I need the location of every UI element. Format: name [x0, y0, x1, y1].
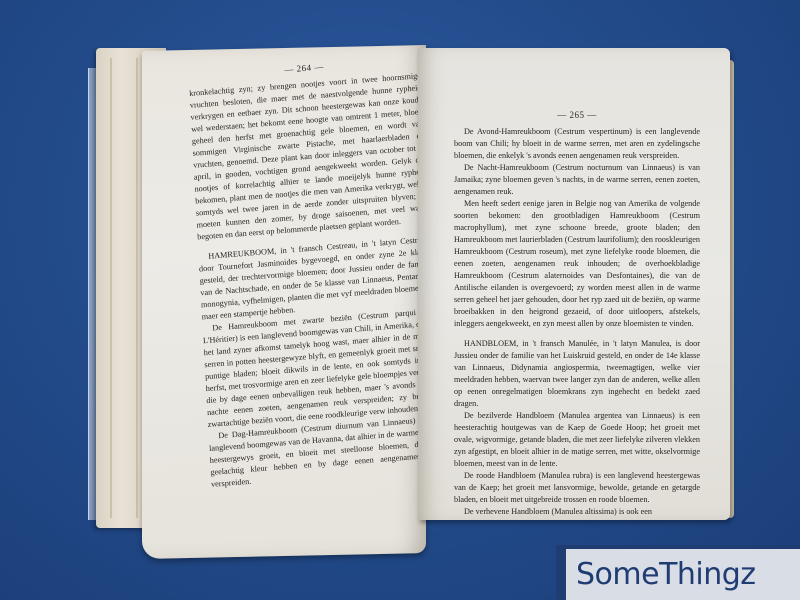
right-page: — 265 — De Avond-Hamreukboom (Cestrum ve…: [418, 48, 730, 520]
watermark-text: SomeThingz: [576, 557, 756, 592]
page-text: De Avond-Hamreukboom (Cestrum vespertinu…: [454, 126, 700, 518]
paragraph: De verhevene Handbloem (Manulea altissim…: [454, 506, 700, 518]
watermark-logo: SomeThingz: [556, 545, 800, 600]
page-text: kronkelachtig zyn; zy brengen nootjes vo…: [189, 70, 443, 491]
page-edge-line: [136, 58, 138, 518]
paragraph: De bezilverde Handbloem (Manulea argente…: [454, 410, 700, 470]
paragraph: De Avond-Hamreukboom (Cestrum vespertinu…: [454, 126, 700, 162]
paragraph: kronkelachtig zyn; zy brengen nootjes vo…: [189, 70, 429, 243]
page-number: — 265 —: [454, 110, 700, 120]
paragraph: Men heeft sedert eenige jaren in Belgie …: [454, 198, 700, 330]
book-photo: — 264 — kronkelachtig zyn; zy brengen no…: [0, 0, 800, 600]
paragraph: De Nacht-Hamreukboom (Cestrum nocturnum …: [454, 162, 700, 198]
page-edge-line: [110, 58, 112, 518]
left-page: — 264 — kronkelachtig zyn; zy brengen no…: [142, 45, 426, 559]
paragraph: De roode Handbloem (Manulea rubra) is ee…: [454, 470, 700, 506]
paragraph: De Hamreukboom met zwarte beziën (Cestru…: [202, 306, 440, 432]
paragraph-heading-entry: HANDBLOEM, in 't fransch Manulée, in 't …: [454, 338, 700, 410]
